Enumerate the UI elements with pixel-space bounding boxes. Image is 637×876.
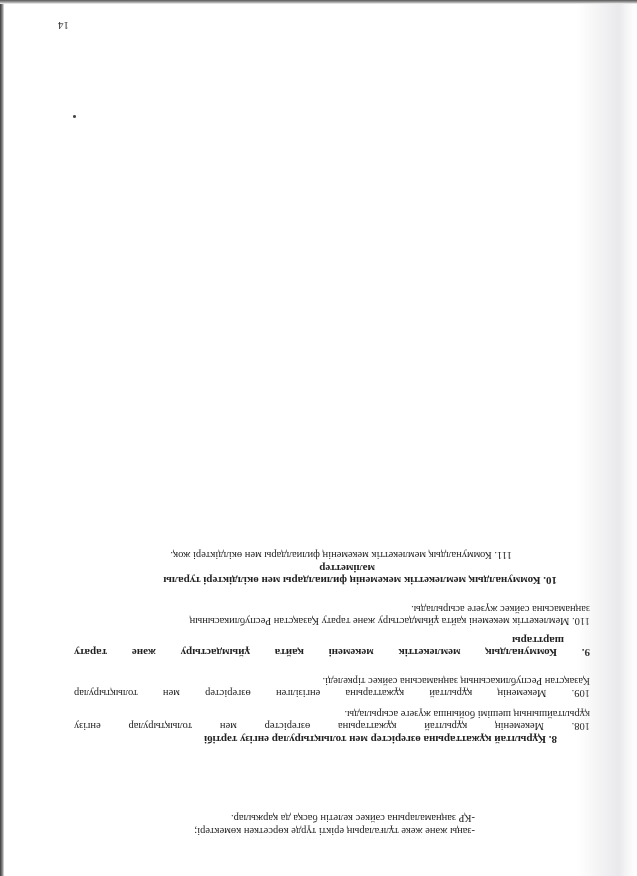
intro-line-2: -ҚР заңнамаларына сәйкес келетін басқа д…	[231, 811, 475, 823]
section-10-heading-line-2: мәліметтер	[319, 562, 375, 574]
para-108-line-1: 108. Мекеменің құрылтай құжаттарына өзге…	[74, 719, 590, 731]
section-9-heading-line-1: 9. Коммуналдық мемлекеттік мекемені қайт…	[74, 646, 590, 658]
para-110-line-2: заңнамасына сәйкес жүзеге асырылады.	[411, 602, 590, 614]
scan-edge-top	[0, 0, 637, 4]
scan-shadow-right	[577, 0, 637, 876]
section-10-heading-line-1: 10. Коммуналдық мемлекеттік мекеменің фи…	[163, 574, 557, 586]
page-number: 14	[58, 19, 69, 31]
section-8-heading: 8. Құрылтай құжаттарына өзгерістер мен т…	[204, 733, 557, 745]
para-111-line-1: 111. Коммуналдық мемлекеттік мекеменің ф…	[170, 548, 512, 560]
para-108-line-2: құрылтайшының шешімі бойынша жүзеге асыр…	[344, 707, 590, 719]
scan-speck	[73, 115, 76, 118]
page-content-rotated: -заңы және жеке тұлғаларың ерікті түрде …	[0, 0, 637, 876]
para-109-line-2: Қазақстан Республикасының заңнамасына сә…	[323, 674, 591, 686]
para-109-line-1: 109. Мекеменің құрылтай құжаттарына енгі…	[74, 686, 590, 698]
scanned-page: -заңы және жеке тұлғаларың ерікті түрде …	[0, 0, 637, 876]
section-9-heading-line-2: шарттары	[512, 634, 564, 646]
scan-edge-left	[0, 0, 4, 876]
para-110-line-1: 110. Мемлекеттік мекемені қайта ұйымдаст…	[190, 614, 590, 626]
intro-line-1: -заңы және жеке тұлғаларың ерікті түрде …	[194, 824, 475, 836]
